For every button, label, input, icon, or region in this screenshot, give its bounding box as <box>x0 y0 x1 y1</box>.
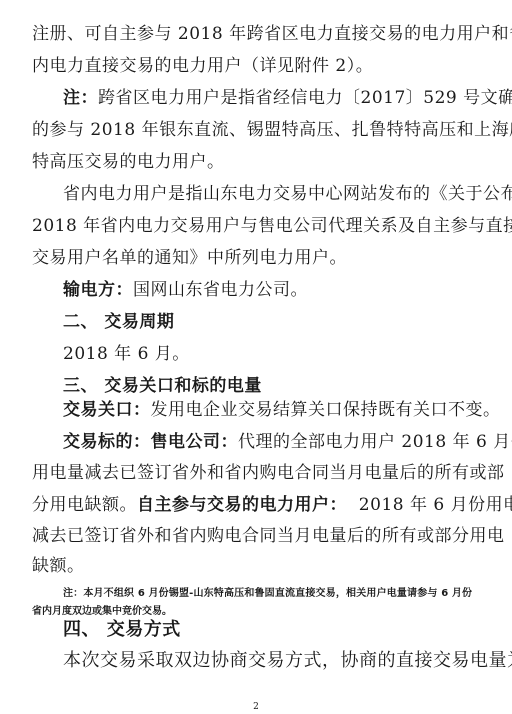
text-span: 分用电缺额。 <box>32 495 137 515</box>
target-line: 交易标的：售电公司：代理的全部电力用户 2018 年 6 月份 <box>63 431 472 453</box>
paragraph-line: 特高压交易的电力用户。 <box>32 151 472 173</box>
paragraph-line: 缺额。 <box>32 555 472 577</box>
section-heading-4: 四、 交易方式 <box>63 619 472 641</box>
text-span: 2018 年 6 月份用电量 <box>347 495 512 515</box>
note-cross-provincial: 注：跨省区电力用户是指省经信电力〔2017〕529 号文确定 <box>63 87 472 109</box>
paragraph-line: 本次交易采取双边协商交易方式，协商的直接交易电量为购 <box>63 650 472 672</box>
page-number: 2 <box>0 702 512 712</box>
paragraph-line: 减去已签订省外和省内购电合同当月电量后的所有或部分用电 <box>32 525 472 547</box>
paragraph-line: 的参与 2018 年银东直流、锡盟特高压、扎鲁特特高压和上海庙 <box>32 119 472 141</box>
target-text: 代理的全部电力用户 2018 年 6 月份 <box>238 432 512 452</box>
paragraph-line: 内电力直接交易的电力用户（详见附件 2）。 <box>32 55 472 77</box>
gateway-line: 交易关口：发用电企业交易结算关口保持既有关口不变。 <box>63 399 472 421</box>
target-sublabel: 售电公司： <box>151 432 239 452</box>
paragraph-line: 交易用户名单的通知》中所列电力用户。 <box>32 247 472 269</box>
transmitter-value: 国网山东省电力公司。 <box>133 280 308 300</box>
paragraph-line: 用电量减去已签订省外和省内购电合同当月电量后的所有或部 <box>32 462 472 484</box>
target-label: 交易标的： <box>63 432 151 452</box>
footnote-line: 注：本月不组织 6 月份锡盟-山东特高压和鲁固直流直接交易，相关用户电量请参与 … <box>63 587 472 600</box>
note-text: 跨省区电力用户是指省经信电力〔2017〕529 号文确定 <box>98 88 512 108</box>
paragraph-line: 省内电力用户是指山东电力交易中心网站发布的《关于公布 <box>63 183 472 205</box>
footnote-line: 省内月度双边或集中竞价交易。 <box>32 605 472 618</box>
gateway-value: 发用电企业交易结算关口保持既有关口不变。 <box>151 400 501 420</box>
paragraph-line: 2018 年 6 月。 <box>63 343 472 365</box>
transmitter-label: 输电方： <box>63 280 133 300</box>
paragraph-line: 分用电缺额。自主参与交易的电力用户： 2018 年 6 月份用电量 <box>32 494 472 516</box>
section-heading-2: 二、 交易周期 <box>63 311 472 333</box>
transmitter-line: 输电方：国网山东省电力公司。 <box>63 279 472 301</box>
gateway-label: 交易关口： <box>63 400 151 420</box>
paragraph-line: 注册、可自主参与 2018 年跨省区电力直接交易的电力用户和省 <box>32 23 472 45</box>
section-heading-3: 三、 交易关口和标的电量 <box>63 375 472 397</box>
note-label: 注： <box>63 88 98 108</box>
self-participating-label: 自主参与交易的电力用户： <box>137 495 347 515</box>
paragraph-line: 2018 年省内电力交易用户与售电公司代理关系及自主参与直接 <box>32 215 472 237</box>
